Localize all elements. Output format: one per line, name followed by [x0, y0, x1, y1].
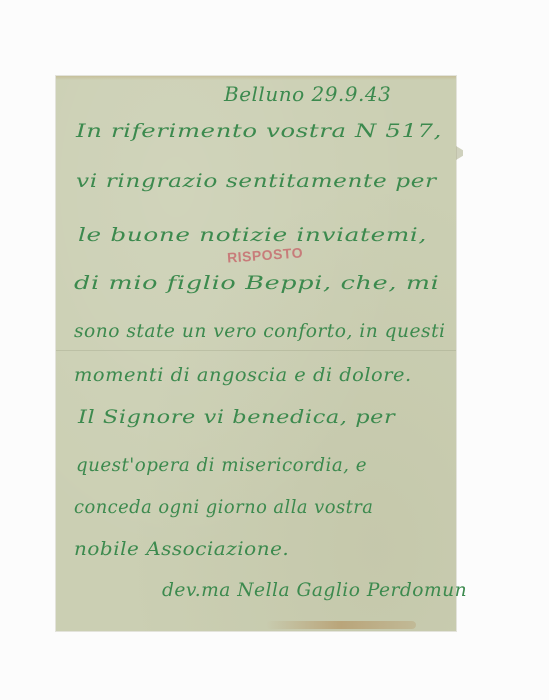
- letter-line-10: nobile Associazione.: [74, 538, 289, 560]
- letter-line-4: di mio figlio Beppi, che, mi: [74, 272, 439, 294]
- fold-line: [56, 350, 456, 351]
- scan-background: Belluno 29.9.43 In riferimento vostra N …: [0, 0, 549, 700]
- letter-paper: Belluno 29.9.43 In riferimento vostra N …: [56, 76, 456, 631]
- signature: dev.ma Nella Gaglio Perdomun: [162, 579, 467, 601]
- letter-line-7: Il Signore vi benedica, per: [78, 406, 395, 428]
- letter-line-6: momenti di angoscia e di dolore.: [74, 364, 412, 386]
- risposto-stamp: RISPOSTO: [227, 244, 304, 265]
- paper-tab: [456, 146, 463, 160]
- letter-line-5: sono state un vero conforto, in questi: [74, 320, 445, 342]
- letter-line-1: In riferimento vostra N 517,: [76, 120, 442, 142]
- letter-line-8: quest'opera di misericordia, e: [76, 454, 367, 476]
- letter-line-3: le buone notizie inviatemi,: [78, 224, 427, 246]
- letter-line-2: vi ringrazio sentitamente per: [76, 170, 437, 192]
- letter-line-9: conceda ogni giorno alla vostra: [74, 496, 373, 518]
- dateline: Belluno 29.9.43: [224, 82, 391, 106]
